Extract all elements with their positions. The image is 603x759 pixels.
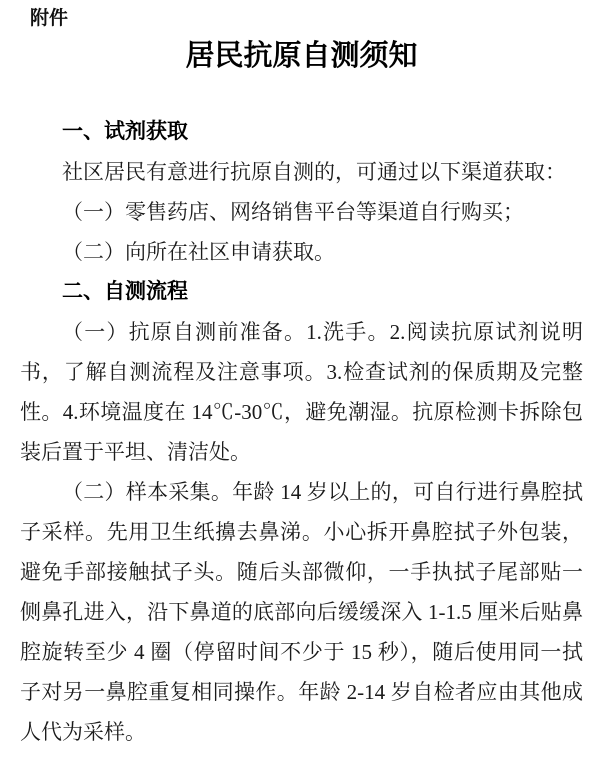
body-paragraph: （一）抗原自测前准备。1.洗手。2.阅读抗原试剂说明书，了解自测流程及注意事项。…: [20, 312, 583, 472]
document-page: 附件 居民抗原自测须知 一、试剂获取社区居民有意进行抗原自测的，可通过以下渠道获…: [0, 0, 603, 759]
document-body: 一、试剂获取社区居民有意进行抗原自测的，可通过以下渠道获取：（一）零售药店、网络…: [20, 112, 583, 752]
body-paragraph: （二）样本采集。年龄 14 岁以上的，可自行进行鼻腔拭子采样。先用卫生纸擤去鼻涕…: [20, 472, 583, 752]
body-paragraph: （一）零售药店、网络销售平台等渠道自行购买；: [20, 192, 583, 232]
section-heading: 一、试剂获取: [20, 112, 583, 152]
section-heading: 二、自测流程: [20, 272, 583, 312]
attachment-label: 附件: [0, 0, 603, 32]
page-title: 居民抗原自测须知: [0, 38, 603, 74]
body-paragraph: （二）向所在社区申请获取。: [20, 232, 583, 272]
body-paragraph: 社区居民有意进行抗原自测的，可通过以下渠道获取：: [20, 152, 583, 192]
